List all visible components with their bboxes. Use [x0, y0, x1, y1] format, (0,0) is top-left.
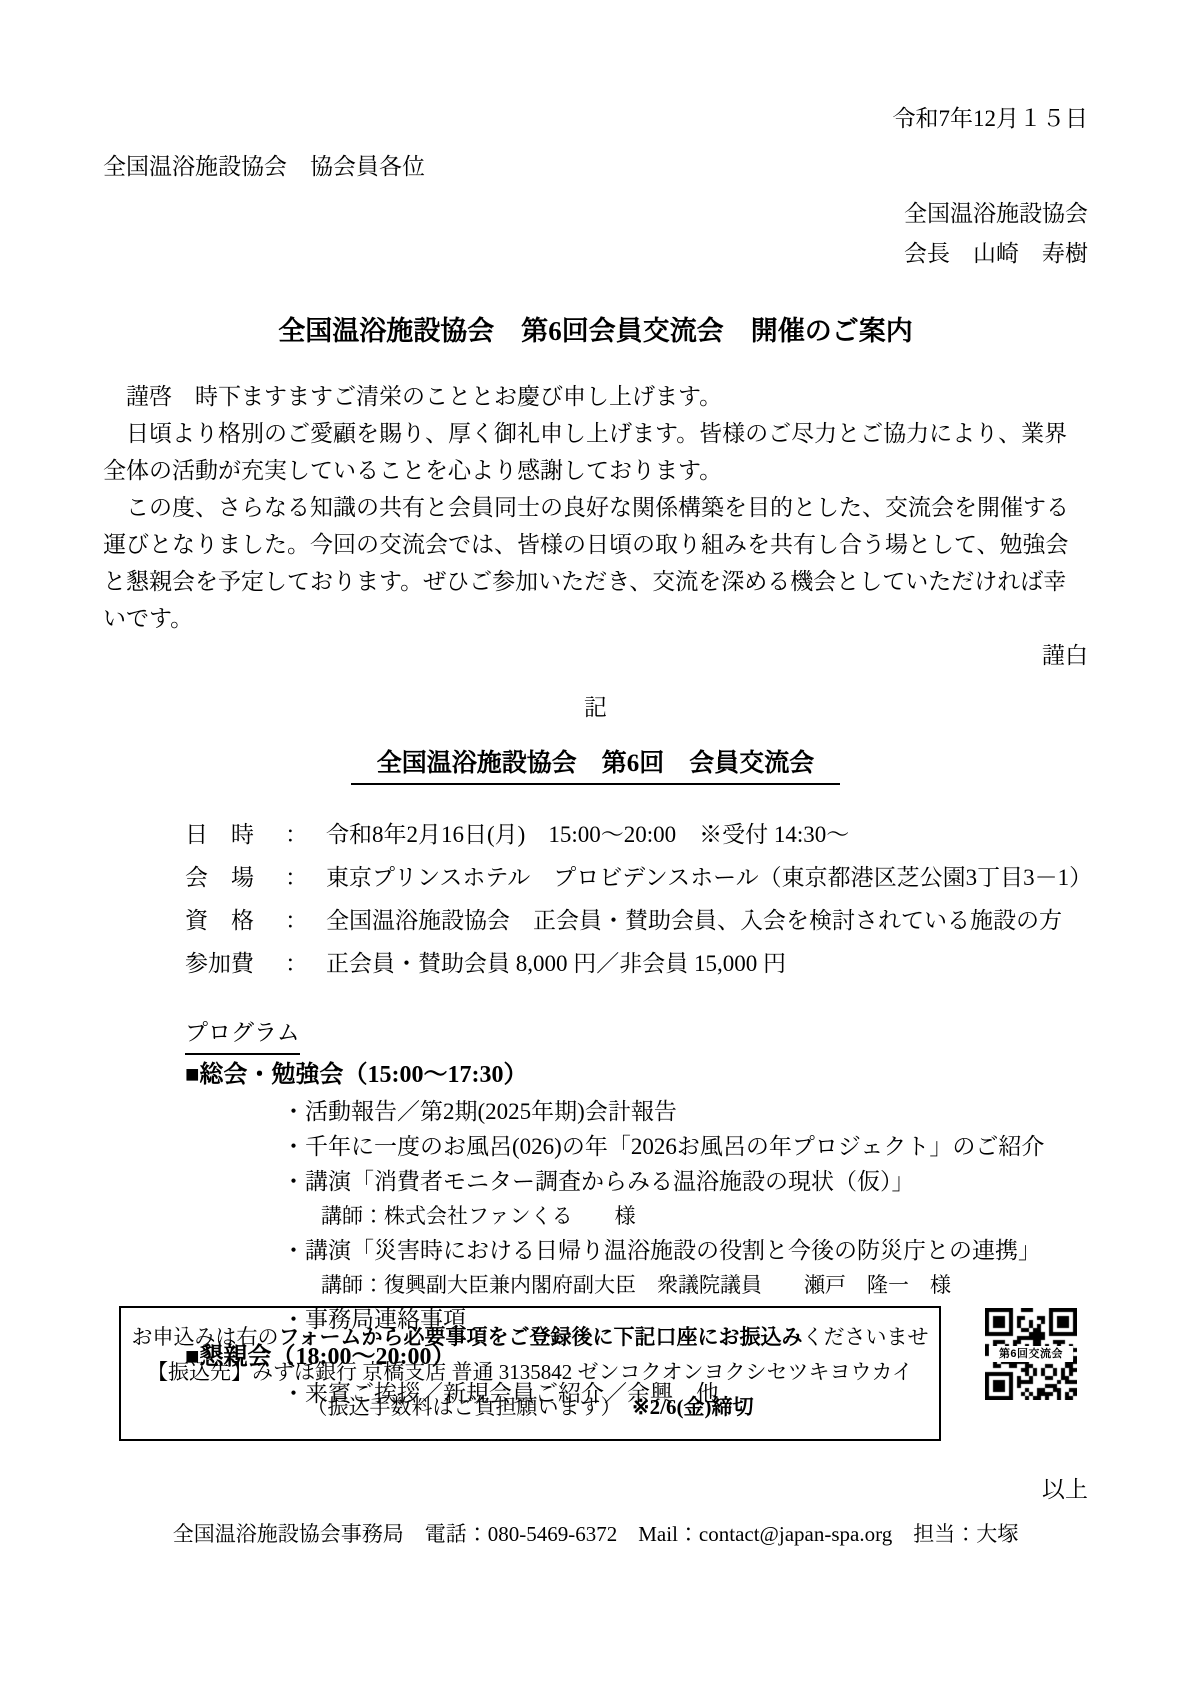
- paragraph-thanks: 日頃より格別のご愛顧を賜り、厚く御礼申し上げます。皆様のご尽力とご協力により、業…: [103, 415, 1088, 489]
- record-marker: 記: [103, 691, 1088, 725]
- application-notice-box: お申込みは右のフォームから必要事項をご登録後に下記口座にお振込みくださいませ 【…: [119, 1306, 941, 1441]
- sender-person: 会長 山崎 寿樹: [904, 234, 1088, 274]
- apply-line1: お申込みは右のフォームから必要事項をご登録後に下記口座にお振込みくださいませ: [127, 1320, 933, 1355]
- detail-colon: ：: [285, 899, 308, 942]
- lecturer1: 講師：株式会社ファンくる 様: [103, 1199, 1088, 1233]
- detail-label: 資 格: [185, 899, 259, 942]
- program-heading: プログラム: [185, 1015, 300, 1055]
- detail-value-eligibility: 全国温浴施設協会 正会員・賛助会員、入会を検討されている施設の方: [326, 899, 1062, 942]
- program-item-lecture2: ・講演「災害時における日帰り温浴施設の役割と今後の防災庁との連携」: [103, 1233, 1088, 1268]
- paragraph-purpose: この度、さらなる知識の共有と会員同士の良好な関係構築を目的とした、交流会を開催す…: [103, 489, 1088, 637]
- detail-label: 参加費: [185, 942, 259, 985]
- bank-transfer-info: 【振込先】みずほ銀行 京橋支店 普通 3135842 ゼンコクオンヨクシセツキヨ…: [127, 1355, 933, 1390]
- program-item-project: ・千年に一度のお風呂(026)の年「2026お風呂の年プロジェクト」のご紹介: [103, 1129, 1088, 1164]
- closing-word: 謹白: [103, 639, 1088, 673]
- paragraph-greeting: 謹啓 時下ますますご清栄のこととお慶び申し上げます。: [103, 378, 1088, 415]
- end-word: 以上: [103, 1475, 1088, 1505]
- document-title: 全国温浴施設協会 第6回会員交流会 開催のご案内: [103, 314, 1088, 348]
- detail-value-fee: 正会員・賛助会員 8,000 円／非会員 15,000 円: [326, 942, 786, 985]
- detail-row-venue: 会 場 ： 東京プリンスホテル プロビデンスホール（東京都港区芝公園3丁目3－1…: [185, 856, 1088, 899]
- registration-qr: 第6回交流会: [985, 1308, 1077, 1400]
- detail-value-datetime: 令和8年2月16日(月) 15:00～20:00 ※受付 14:30～: [326, 813, 849, 856]
- event-subtitle: 全国温浴施設協会 第6回 会員交流会: [351, 749, 841, 785]
- detail-row-fee: 参加費 ： 正会員・賛助会員 8,000 円／非会員 15,000 円: [185, 942, 1088, 985]
- program-item-lecture1: ・講演「消費者モニター調査からみる温浴施設の現状（仮）」: [103, 1164, 1088, 1199]
- detail-label: 会 場: [185, 856, 259, 899]
- sender-block: 全国温浴施設協会 会長 山崎 寿樹: [103, 194, 1088, 274]
- detail-row-datetime: 日 時 ： 令和8年2月16日(月) 15:00～20:00 ※受付 14:30…: [185, 813, 1088, 856]
- detail-row-eligibility: 資 格 ： 全国温浴施設協会 正会員・賛助会員、入会を検討されている施設の方: [185, 899, 1088, 942]
- detail-label: 日 時: [185, 813, 259, 856]
- program-item-report: ・活動報告／第2期(2025年期)会計報告: [103, 1094, 1088, 1129]
- detail-colon: ：: [285, 942, 308, 985]
- session-meeting: ■総会・勉強会（15:00～17:30）: [103, 1057, 1088, 1094]
- detail-colon: ：: [285, 813, 308, 856]
- contact-footer: 全国温浴施設協会事務局 電話：080-5469-6372 Mail：contac…: [103, 1519, 1088, 1549]
- addressee: 全国温浴施設協会 協会員各位: [103, 152, 1088, 182]
- lecturer2: 講師：復興副大臣兼内閣府副大臣 衆議院議員 瀬戸 隆一 様: [103, 1268, 1088, 1302]
- qr-label: 第6回交流会: [989, 1346, 1073, 1362]
- bottom-block: お申込みは右のフォームから必要事項をご登録後に下記口座にお振込みくださいませ 【…: [103, 1306, 1088, 1549]
- apply-line3: （振込手数料はご負担願います） ※2/6(金)締切: [127, 1390, 933, 1425]
- event-details: 日 時 ： 令和8年2月16日(月) 15:00～20:00 ※受付 14:30…: [103, 813, 1088, 985]
- sender-org: 全国温浴施設協会: [904, 194, 1088, 234]
- detail-colon: ：: [285, 856, 308, 899]
- event-subtitle-wrap: 全国温浴施設協会 第6回 会員交流会: [103, 749, 1088, 785]
- body-text: 謹啓 時下ますますご清栄のこととお慶び申し上げます。 日頃より格別のご愛顧を賜り…: [103, 378, 1088, 637]
- document-page: 令和7年12月１５日 全国温浴施設協会 協会員各位 全国温浴施設協会 会長 山崎…: [0, 0, 1191, 1684]
- detail-value-venue: 東京プリンスホテル プロビデンスホール（東京都港区芝公園3丁目3－1）: [326, 856, 1088, 899]
- issue-date: 令和7年12月１５日: [103, 104, 1088, 134]
